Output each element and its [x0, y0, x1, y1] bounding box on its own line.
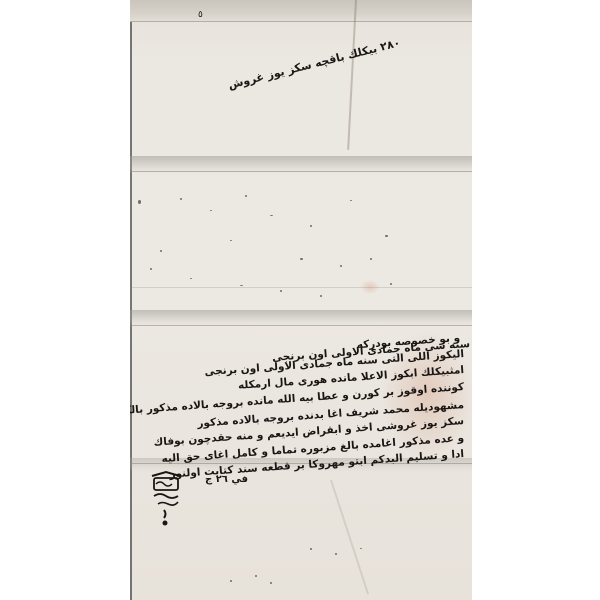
fold-band-4 — [130, 310, 472, 326]
fold-line-4 — [130, 325, 472, 326]
fold-line-2 — [130, 171, 472, 172]
date-note: في ٢٦ ج — [205, 474, 248, 485]
stain-small — [360, 280, 380, 294]
page-edge-shadow — [130, 0, 132, 600]
seal-signature-icon — [148, 470, 184, 528]
vertical-crease-upper — [347, 0, 357, 150]
top-fold-band — [130, 0, 472, 22]
fold-line-3 — [130, 287, 472, 288]
fold-line-1 — [130, 21, 472, 22]
page-mark: ٥ — [198, 10, 203, 20]
manuscript-page: ٥ ٢٨٠ بیكلك باقچه سكز یوز غروش و بو خصوص… — [130, 0, 472, 600]
vertical-crease-lower — [330, 480, 369, 595]
document-heading: ٢٨٠ بیكلك باقچه سكز یوز غروش — [224, 36, 402, 92]
